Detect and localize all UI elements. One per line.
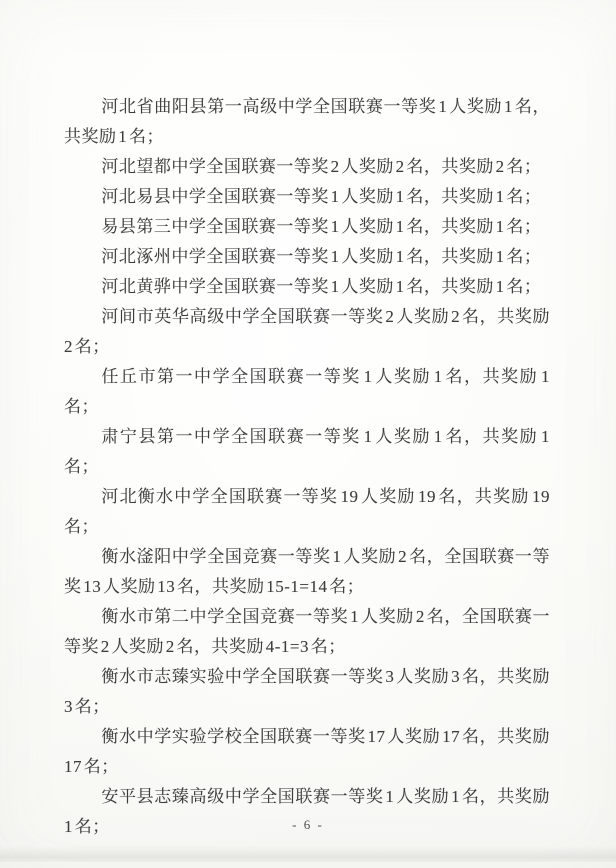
paragraph: 河北黄骅中学全国联赛一等奖 1 人奖励 1 名，共奖励 1 名； [64, 272, 550, 302]
paragraph: 任丘市第一中学全国联赛一等奖 1 人奖励 1 名，共奖励 1 名； [64, 362, 550, 422]
paragraph: 河北省曲阳县第一高级中学全国联赛一等奖 1 人奖励 1 名，共奖励 1 名； [64, 92, 550, 152]
paragraph: 衡水滏阳中学全国竞赛一等奖 1 人奖励 2 名，全国联赛一等奖 13 人奖励 1… [64, 542, 550, 602]
paragraph: 河北衡水中学全国联赛一等奖 19 人奖励 19 名，共奖励 19 名； [64, 482, 550, 542]
document-body: 河北省曲阳县第一高级中学全国联赛一等奖 1 人奖励 1 名，共奖励 1 名； 河… [64, 92, 550, 842]
paragraph: 易县第三中学全国联赛一等奖 1 人奖励 1 名，共奖励 1 名； [64, 212, 550, 242]
paragraph: 衡水中学实验学校全国联赛一等奖 17 人奖励 17 名，共奖励 17 名； [64, 722, 550, 782]
paragraph: 河北涿州中学全国联赛一等奖 1 人奖励 1 名，共奖励 1 名； [64, 242, 550, 272]
document-page: 河北省曲阳县第一高级中学全国联赛一等奖 1 人奖励 1 名，共奖励 1 名； 河… [0, 0, 616, 868]
scan-edge-shading [0, 846, 616, 862]
paragraph: 肃宁县第一中学全国联赛一等奖 1 人奖励 1 名，共奖励 1 名； [64, 422, 550, 482]
page-number: - 6 - [292, 817, 324, 832]
page-footer: - 6 - [0, 816, 616, 834]
paragraph: 衡水市志臻实验中学全国联赛一等奖 3 人奖励 3 名，共奖励 3 名； [64, 662, 550, 722]
paragraph: 河北望都中学全国联赛一等奖 2 人奖励 2 名，共奖励 2 名； [64, 152, 550, 182]
paragraph: 河北易县中学全国联赛一等奖 1 人奖励 1 名，共奖励 1 名； [64, 182, 550, 212]
paragraph: 河间市英华高级中学全国联赛一等奖 2 人奖励 2 名，共奖励 2 名； [64, 302, 550, 362]
paragraph: 衡水市第二中学全国竞赛一等奖 1 人奖励 2 名，全国联赛一等奖 2 人奖励 2… [64, 602, 550, 662]
